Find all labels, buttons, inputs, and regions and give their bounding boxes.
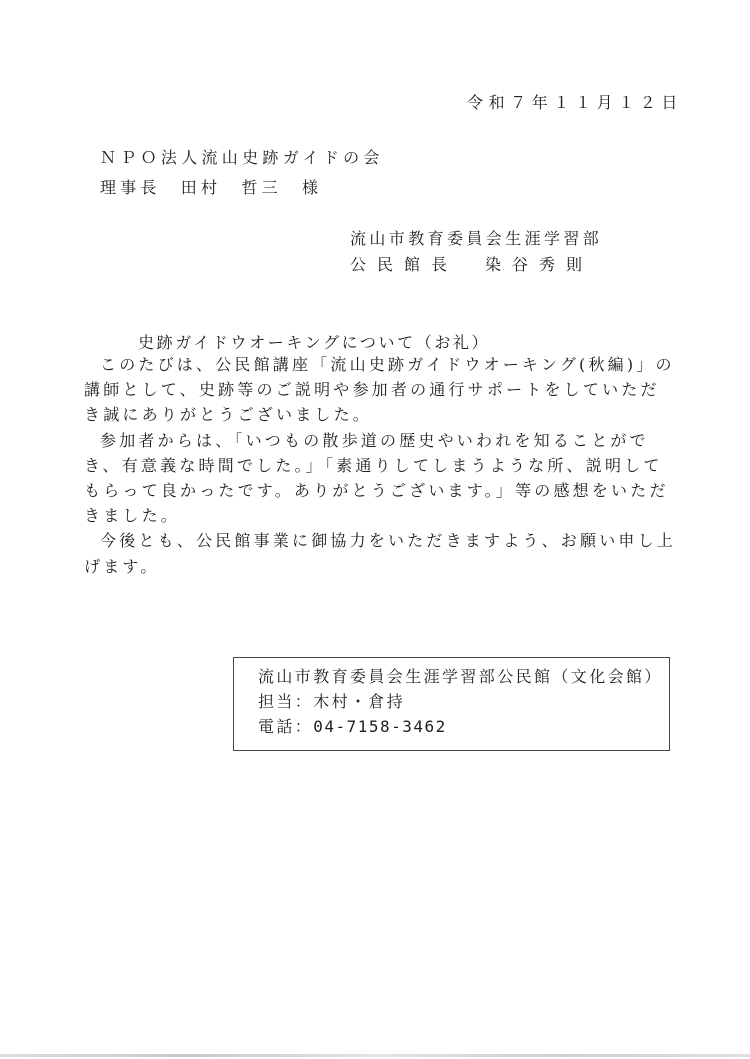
contact-phone-number: 04-7158-3462 <box>313 717 447 736</box>
recipient-organization: ＮＰＯ法人流山史跡ガイドの会 <box>100 145 384 168</box>
sender-organization: 流山市教育委員会生涯学習部 <box>350 226 602 249</box>
body-paragraph: このたびは、公民館講座「流山史跡ガイドウオーキング(秋編)」の講師として、史跡等… <box>84 352 676 428</box>
sender-name: 公民館長 染谷秀則 <box>350 252 593 275</box>
contact-staff-names: 木村・倉持 <box>313 692 405 711</box>
letter-subject: 史跡ガイドウオーキングについて（お礼） <box>138 330 490 353</box>
letter-body: このたびは、公民館講座「流山史跡ガイドウオーキング(秋編)」の講師として、史跡等… <box>84 352 676 579</box>
letter-date: 令和７年１１月１２日 <box>467 90 683 113</box>
contact-phone: 電話：04-7158-3462 <box>258 714 447 737</box>
contact-staff-label: 担当： <box>258 692 313 711</box>
contact-phone-label: 電話： <box>258 717 313 736</box>
body-paragraph: 今後とも、公民館事業に御協力をいただきますよう、お願い申し上げます。 <box>84 528 676 578</box>
contact-staff: 担当：木村・倉持 <box>258 689 405 712</box>
contact-office: 流山市教育委員会生涯学習部公民館（文化会館） <box>258 664 663 687</box>
contact-box: 流山市教育委員会生涯学習部公民館（文化会館） 担当：木村・倉持 電話：04-71… <box>233 657 670 751</box>
recipient-name: 理事長 田村 哲三 様 <box>100 175 322 198</box>
scan-edge-line <box>0 1054 750 1057</box>
body-paragraph: 参加者からは、「いつもの散歩道の歴史やいわれを知ることができ、有意義な時間でした… <box>84 428 676 529</box>
